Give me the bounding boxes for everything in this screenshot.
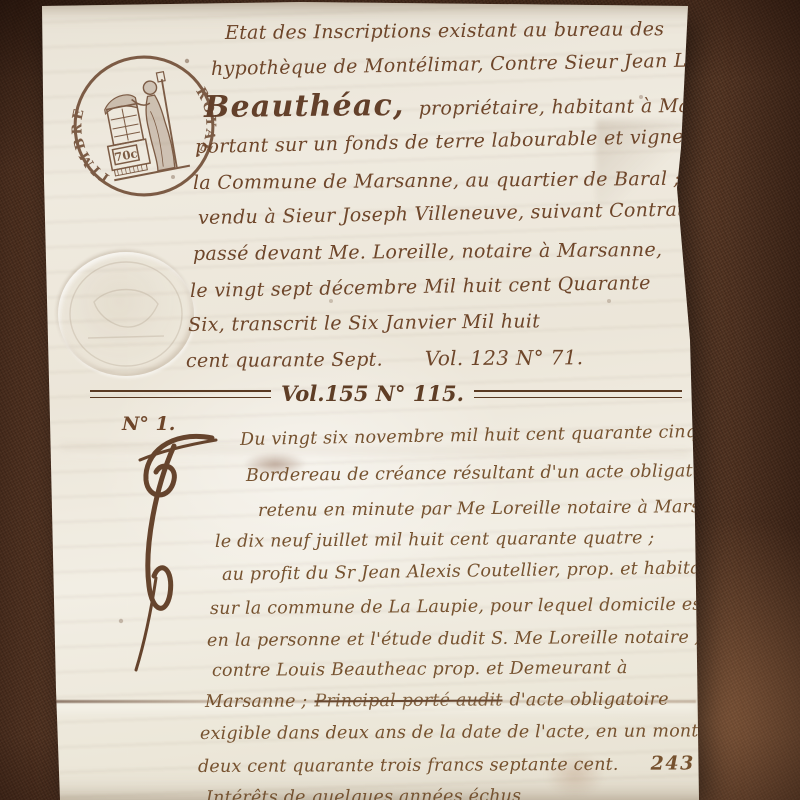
- paper-edge-shading: [0, 0, 800, 800]
- paper-wrap: TIMBRE ROYAL. 70c: [0, 0, 800, 800]
- document-paper: TIMBRE ROYAL. 70c: [0, 0, 800, 800]
- photo-scene: TIMBRE ROYAL. 70c: [0, 0, 800, 800]
- foxing-specks: [0, 0, 2, 2]
